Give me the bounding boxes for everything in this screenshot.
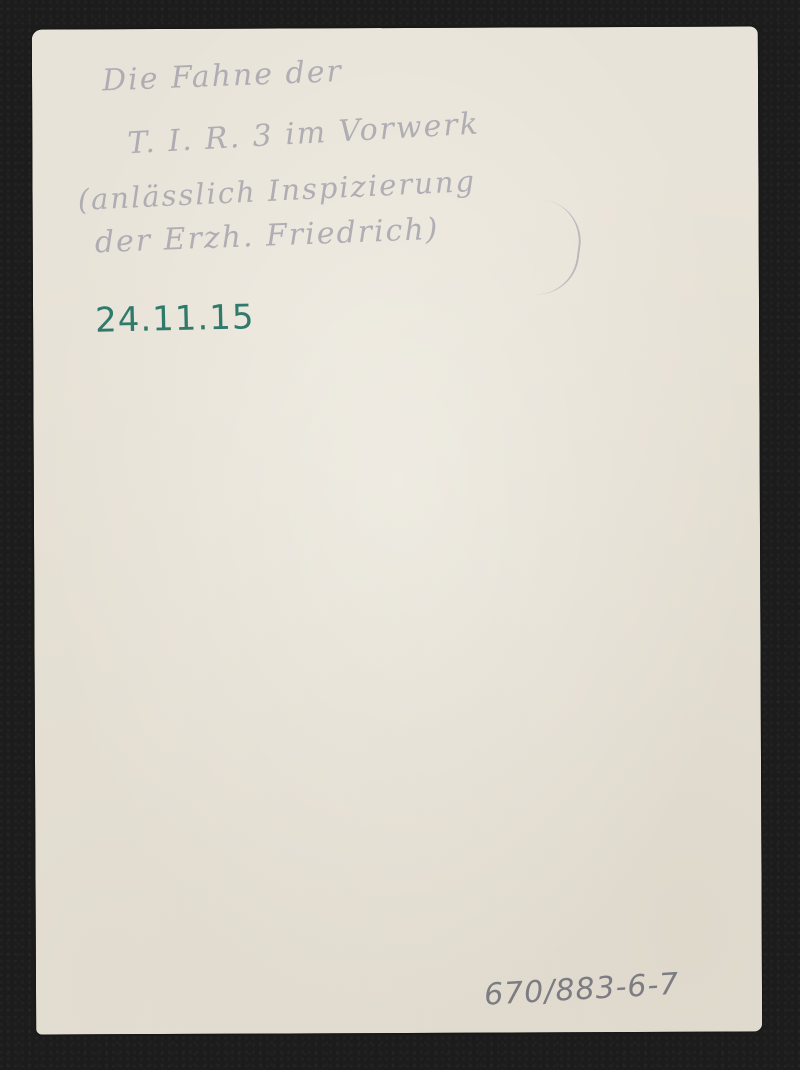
handwritten-date: 24.11.15 — [95, 297, 255, 340]
note-line-4: der Erzh. Friedrich) — [94, 212, 440, 261]
note-line-3: (anlässlich Inspizierung — [77, 164, 477, 217]
note-line-1: Die Fahne der — [101, 54, 343, 98]
archive-number: 670/883-6-7 — [483, 967, 680, 1013]
closing-parenthesis-stroke — [532, 200, 586, 300]
photo-card-back: Die Fahne der T. I. R. 3 im Vorwerk (anl… — [32, 26, 762, 1034]
note-line-2: T. I. R. 3 im Vorwerk — [127, 106, 481, 161]
